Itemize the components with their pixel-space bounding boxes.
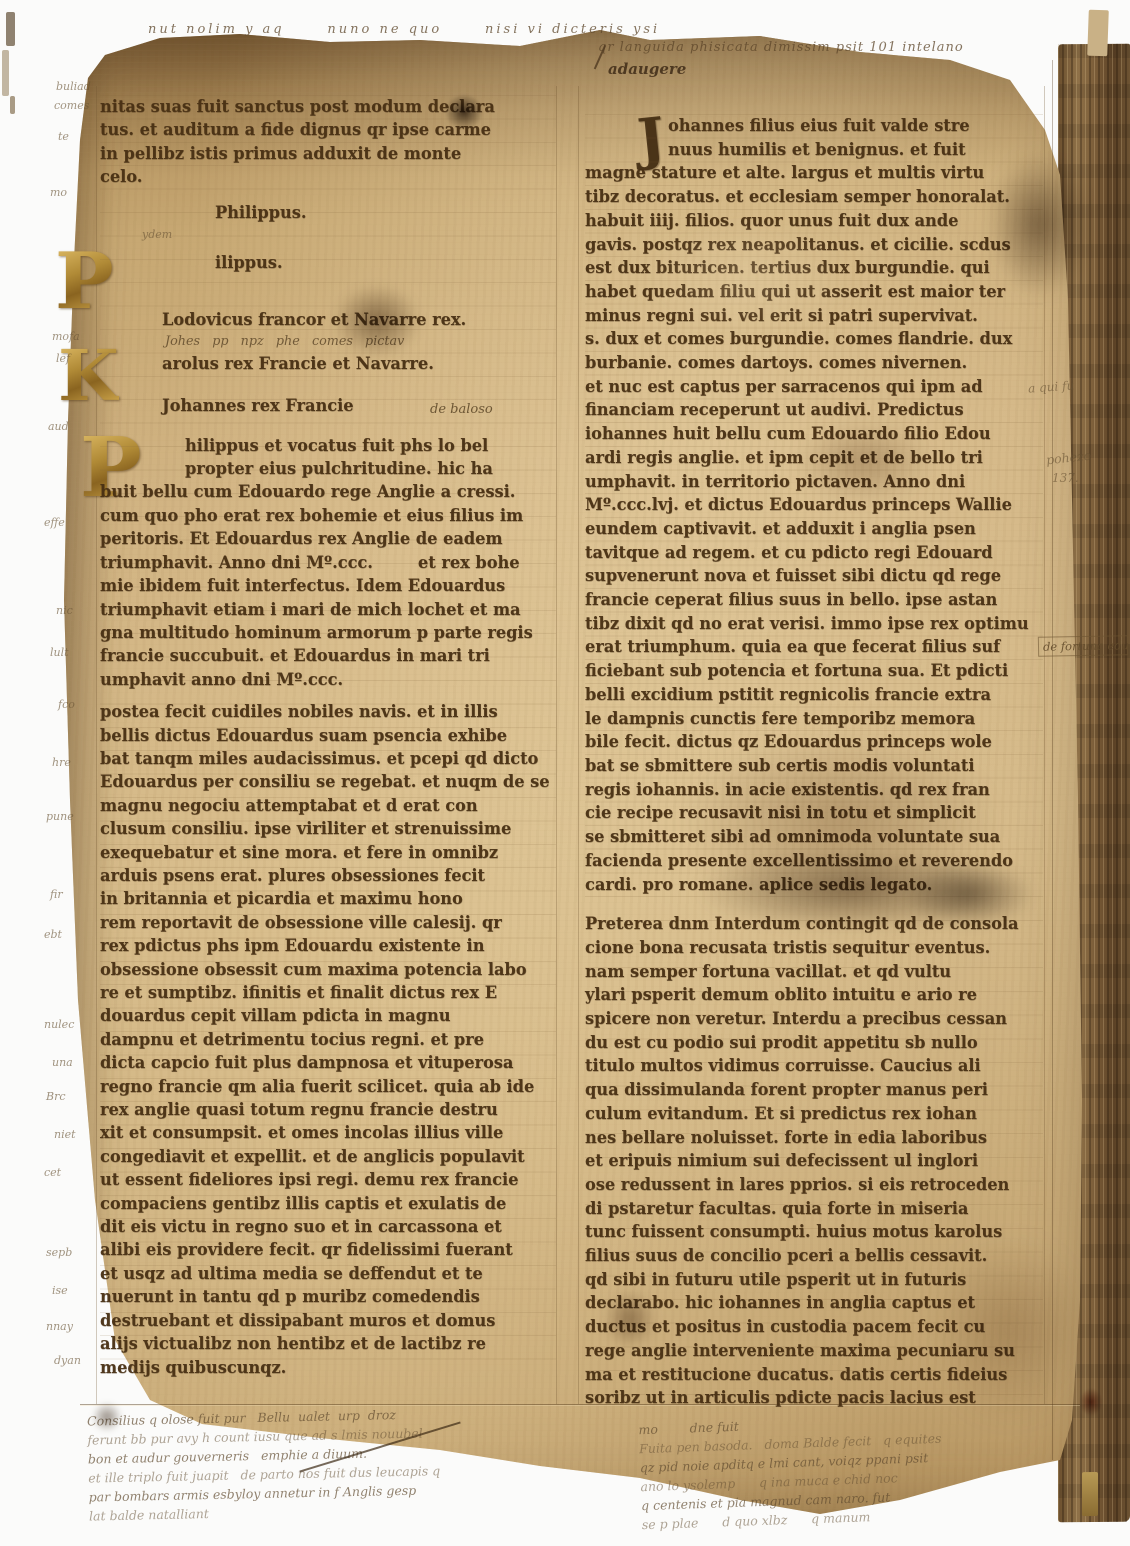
page-edge-speck [2,50,9,96]
text-line: xit et consumpsit. et omes incolas illiu… [100,1121,547,1144]
text-line: alijs victualibz non hentibz et de lacti… [100,1332,547,1355]
text-line: celo. [100,165,547,188]
left-marginalia: nic [56,604,73,617]
text-line: obsessione obsessit cum maxima potencia … [100,958,547,981]
text-line: umphavit anno dni Mº.ccc. [100,668,547,691]
top-marginalia: nut nolim y aq nuno ne quo nisi vi dicte… [148,22,948,37]
text-line: est dux bituricen. tertius dux burgundie… [585,256,1034,280]
text-line: clusum consiliu. ipse viriliter et stren… [100,817,547,840]
text-line: in britannia et picardia et maximu hono [100,887,547,910]
ruling-line [1044,86,1045,1404]
text-line: facienda presente excellentissimo et rev… [585,849,1034,873]
text-line: eundem captivavit. et adduxit i anglia p… [585,517,1034,541]
left-marginalia: sepb [46,1246,72,1259]
crease [1052,60,1053,1460]
left-marginalia: lult [50,646,69,659]
text-line: tavitque ad regem. et cu pdicto regi Edo… [585,541,1034,565]
text-line: burbanie. comes dartoys. comes nivernen. [585,351,1034,375]
text-block: postea fecit cuidiles nobiles navis. et … [100,700,556,1379]
text-line: nam semper fortuna vacillat. et qd vultu [585,960,1034,984]
text-line: tus. et auditum a fide dignus qr ipse ca… [100,118,547,141]
text-line: s. dux et comes burgundie. comes flandri… [585,327,1034,351]
text-line: et nuc est captus per sarracenos qui ipm… [585,375,1034,399]
text-line: triumphavit etiam i mari de mich lochet … [100,598,547,621]
text-line: exequebatur et sine mora. et fere in omn… [100,841,547,864]
left-marginalia: aud [48,420,69,433]
text-line: ardi regis anglie. et ipm cepit et de be… [585,446,1034,470]
text-line: bile fecit. dictus qz Edouardus princeps… [585,730,1034,754]
text-line: francie ceperat filius suus in bello. ip… [585,588,1034,612]
text-line: propter eius pulchritudine. hic ha [185,457,549,480]
text-line: tibz decoratus. et ecclesiam semper hono… [585,185,1034,209]
text-line: et eripuis nimium sui defecissent ul ing… [585,1149,1034,1173]
rubric-heading: arolus rex Francie et Navarre. [162,352,548,375]
text-line: dicta capcio fuit plus dampnosa et vitup… [100,1051,547,1074]
text-line: spicere non veretur. Interdu a precibus … [585,1007,1034,1031]
text-line: Mº.ccc.lvj. et dictus Edouardus princeps… [585,493,1034,517]
bottom-marginalia-right: mo dne fuitFuita pen basoda. doma Balde … [638,1404,1112,1534]
ruling-line [556,86,557,1404]
text-line: dampnu et detrimentu tocius regni. et pr… [100,1028,547,1051]
manuscript-scan: nut nolim y aq nuno ne quo nisi vi dicte… [0,0,1130,1546]
text-line: qd sibi in futuru utile psperit ut in fu… [585,1268,1034,1292]
left-marginalia: te [58,130,69,143]
text-line: du est cu podio sui prodit appetitu sb n… [585,1031,1034,1055]
left-marginalia: ebt [44,928,62,941]
left-marginalia: pune [46,810,74,823]
text-block: ohannes filius eius fuit valde strenuus … [585,114,1043,896]
left-marginalia: nulec [44,1018,74,1031]
text-line: bellis dictus Edouardus suam psencia exh… [100,724,547,747]
text-line: supvenerunt nova et fuisset sibi dictu q… [585,564,1034,588]
text-line: magne stature et alte. largus et multis … [585,161,1034,185]
rubric-heading: Philippus. [215,201,549,224]
text-line: dit eis victu in regno suo et in carcass… [100,1215,547,1238]
text-line: umphavit. in territorio pictaven. Anno d… [585,470,1034,494]
text-line: arduis psens erat. plures obsessiones fe… [100,864,547,887]
text-line: medijs quibuscunqz. [100,1356,547,1379]
text-line: triumphavit. Anno dni Mº.ccc. et rex boh… [100,551,547,574]
text-line: tunc fuissent consumpti. huius motus kar… [585,1220,1034,1244]
text-line: in pellibz istis primus adduxit de monte [100,142,547,165]
text-line: ficiebant sub potencia et fortuna sua. E… [585,659,1034,683]
text-line: Preterea dnm Interdum contingit qd de co… [585,912,1034,936]
text-line: rex anglie quasi totum regnu francie des… [100,1098,547,1121]
top-marginalia-adaugere: adaugere [608,60,686,78]
text-line: cardi. pro romane. aplice sedis legato. [585,873,1034,897]
text-line: compaciens gentibz illis captis et exula… [100,1192,547,1215]
text-line: ut essent fideliores ipsi regi. demu rex… [100,1168,547,1191]
text-line: se sbmitteret sibi ad omnimoda voluntate… [585,825,1034,849]
text-line: cum quo pho erat rex bohemie et eius fil… [100,504,547,527]
text-line: tibz dixit qd no erat verisi. immo ipse … [585,612,1034,636]
text-line: rem reportavit de obsessione ville cales… [100,911,547,934]
text-line: et usqz ad ultima media se deffendut et … [100,1262,547,1285]
text-line: postea fecit cuidiles nobiles navis. et … [100,700,547,723]
text-line: ductus et positus in custodia pacem feci… [585,1315,1034,1339]
text-line: bat se sbmittere sub certis modis volunt… [585,754,1034,778]
text-line: gavis. postqz rex neapolitanus. et cicil… [585,233,1034,257]
text-line: douardus cepit villam pdicta in magnu [100,1004,547,1027]
interlinear-gloss: Johes pp npz phe comes pictav [165,332,548,352]
right-text-column: ohannes filius eius fuit valde strenuus … [585,114,1043,1410]
left-marginalia: comes [54,99,89,112]
text-line: mie ibidem fuit interfectus. Idem Edouar… [100,574,547,597]
page-edge-speck [6,12,15,46]
left-marginalia: ise [52,1284,68,1297]
text-line: filius suus de concilio pceri a bellis c… [585,1244,1034,1268]
text-line: regis iohannis. in acie existentis. qd r… [585,778,1034,802]
text-line: titulo multos vidimus corruisse. Caucius… [585,1054,1034,1078]
text-line: regno francie qm alia fuerit scilicet. q… [100,1075,547,1098]
text-line: soribz ut in articulis pdicte pacis laci… [585,1386,1034,1410]
rubric-heading: Johannes rex Francie [162,394,548,417]
text-line: declarabo. hic iohannes in anglia captus… [585,1291,1034,1315]
left-text-column: nitas suas fuit sanctus post modum decla… [100,95,556,1379]
left-marginalia: fco [58,698,75,711]
left-marginalia: Brc [46,1090,66,1103]
text-line: iohannes huit bellu cum Edouardo filio E… [585,422,1034,446]
text-line: ohannes filius eius fuit valde stre [668,114,1036,138]
text-line: congediavit et expellit. et de anglicis … [100,1145,547,1168]
rubric-heading: ilippus. [215,251,549,274]
bottom-marginalia-left: Consilius q olose fuit pur Bellu ualet u… [87,1400,619,1525]
text-line: magnu negociu attemptabat et d erat con [100,794,547,817]
next-folio-corner [1087,10,1109,57]
top-marginalia: qr languida phisicata dimissim psit 101 … [598,40,964,55]
text-line: minus regni sui. vel erit si patri super… [585,304,1034,328]
left-marginalia: mofa [52,330,80,343]
text-line: alibi eis providere fecit. qr fidelissim… [100,1238,547,1261]
text-line: ose redussent in lares pprios. si eis re… [585,1173,1034,1197]
left-marginalia: una [52,1056,73,1069]
text-line: buit bellu cum Edouardo rege Anglie a cr… [100,480,547,503]
text-line: rex pdictus phs ipm Edouardu existente i… [100,934,547,957]
left-marginalia: effe [44,516,65,529]
text-line: Edouardus per consiliu se regebat. et nu… [100,770,547,793]
left-marginalia: nnay [46,1320,73,1333]
page-edge-speck [10,96,15,114]
left-marginalia: mo [50,186,67,199]
text-line: culum evitandum. Et si predictus rex ioh… [585,1102,1034,1126]
text-line: re et sumptibz. ifinitis et finalit dict… [100,981,547,1004]
left-marginalia: hre [52,756,71,769]
text-line: nuus humilis et benignus. et fuit [668,138,1036,162]
text-line: le dampnis cunctis fere temporibz memora [585,707,1034,731]
text-line: ylari psperit demum oblito intuitu e ari… [585,983,1034,1007]
text-line: ma et restitucione ducatus. datis certis… [585,1363,1034,1387]
text-line: belli excidium pstitit regnicolis franci… [585,683,1034,707]
text-line: nuerunt in tantu qd p muribz comedendis [100,1285,547,1308]
text-line: habet quedam filiu qui ut asserit est ma… [585,280,1034,304]
left-marginalia: buliad [56,80,91,93]
text-line: gna multitudo hominum armorum p parte re… [100,621,547,644]
text-line: bat tanqm miles audacissimus. et pcepi q… [100,747,547,770]
text-line: nes bellare noluisset. forte in edia lab… [585,1126,1034,1150]
ruling-line [578,86,579,1404]
left-marginalia: lef [56,352,70,365]
text-line: cione bona recusata tristis sequitur eve… [585,936,1034,960]
text-line: peritoris. Et Edouardus rex Anglie de ea… [100,527,547,550]
text-line: rege anglie interveniente maxima pecunia… [585,1339,1034,1363]
boxed-note-de-fortuna: de fortuna eduardi [1038,635,1128,657]
text-line: di pstaretur facultas. quia forte in mis… [585,1197,1034,1221]
text-line: habuit iiij. filios. quor unus fuit dux … [585,209,1034,233]
text-block: hilippus et vocatus fuit phs lo belpropt… [100,434,556,691]
text-line: erat triumphum. quia ea que fecerat fili… [585,635,1034,659]
text-block: nitas suas fuit sanctus post modum decla… [100,95,556,189]
left-marginalia: dyan [54,1354,81,1367]
text-line: francie succubuit. et Edouardus in mari … [100,644,547,667]
text-line: hilippus et vocatus fuit phs lo bel [185,434,549,457]
text-line: financiam receperunt ut audivi. Predictu… [585,398,1034,422]
rubric-heading: Lodovicus francor et Navarre rex. [162,308,548,331]
left-marginalia: niet [54,1128,76,1141]
text-line: cie recipe recusavit nisi in totu et sim… [585,801,1034,825]
right-marginalia: 137. [1052,471,1079,485]
text-line: qua dissimulanda forent propter manus pe… [585,1078,1034,1102]
left-marginalia: cet [44,1166,61,1179]
left-marginalia: ydem [142,228,172,241]
text-block: Preterea dnm Interdum contingit qd de co… [585,912,1043,1410]
text-line: nitas suas fuit sanctus post modum decla… [100,95,547,118]
left-marginalia: fir [50,888,63,901]
text-line: destruebant et dissipabant muros et domu… [100,1309,547,1332]
